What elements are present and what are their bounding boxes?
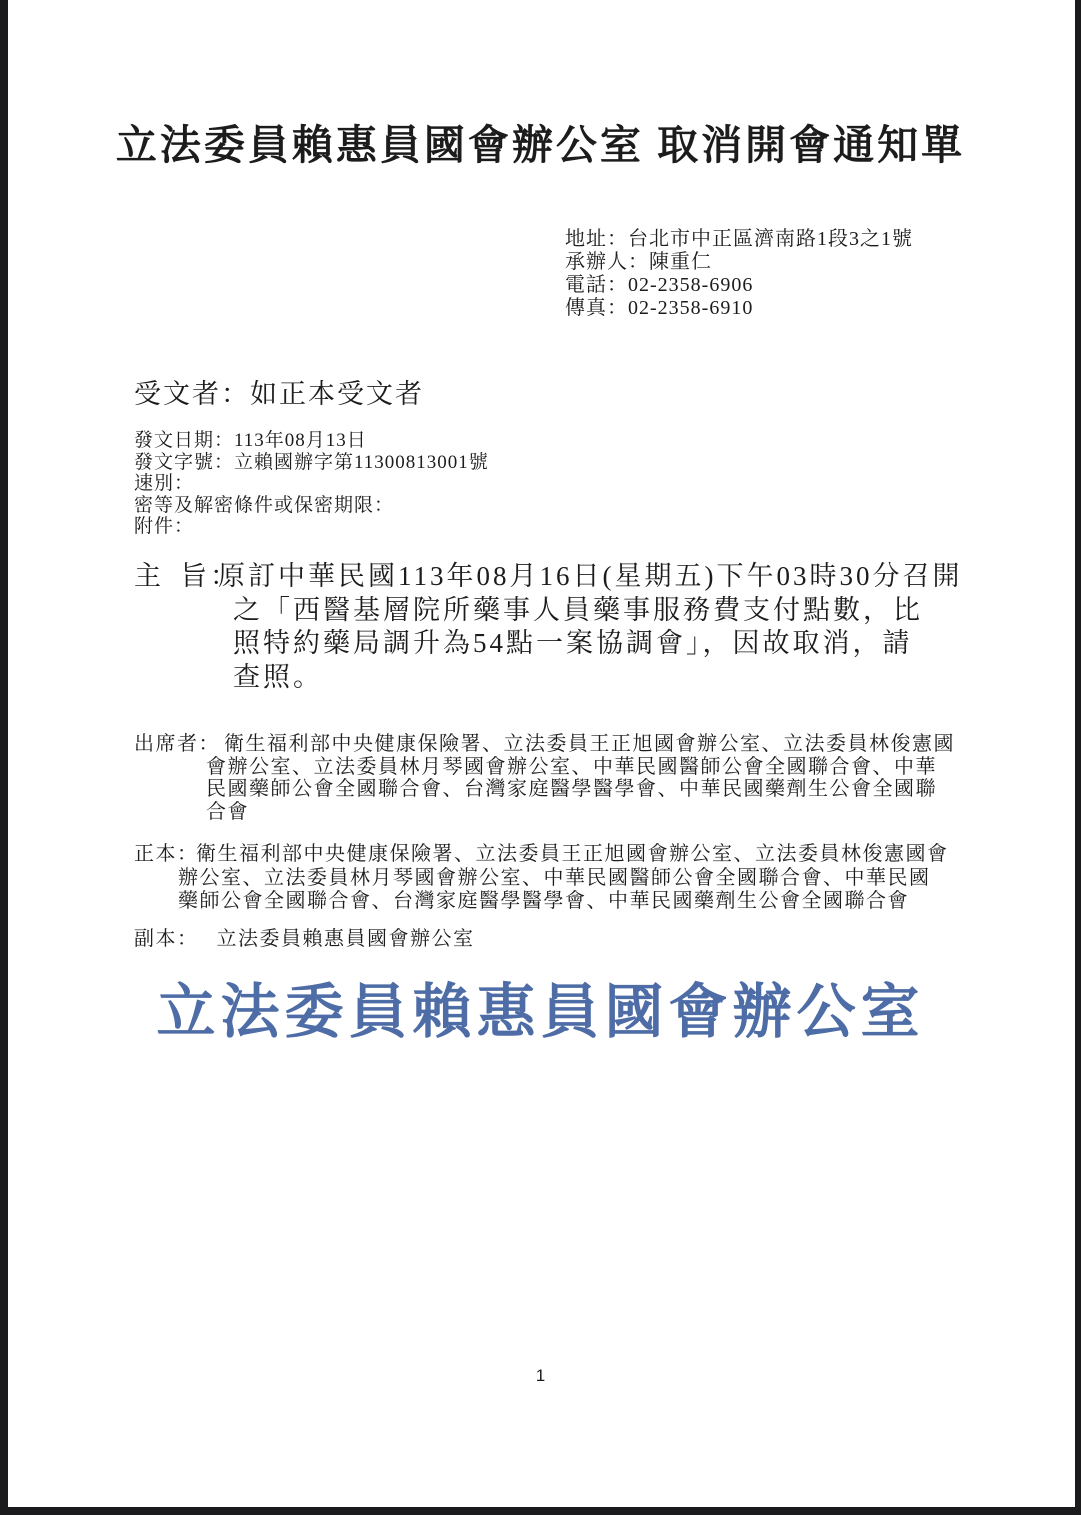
meta-block: 發文日期：113年08月13日 發文字號：立賴國辦字第11300813001號 … — [134, 430, 489, 538]
attendees-line: 民國藥師公會全國聯合會、台灣家庭醫學醫學會、中華民國藥劑生公會全國聯 — [206, 778, 994, 801]
duplicate-copy-block: 副本：立法委員賴惠員國會辦公室 — [134, 928, 994, 951]
attendees-line: 衛生福利部中央健康保險署、立法委員王正旭國會辦公室、立法委員林俊憲國 — [206, 733, 994, 756]
attendees-block: 出席者： 衛生福利部中央健康保險署、立法委員王正旭國會辦公室、立法委員林俊憲國 … — [134, 733, 994, 823]
subject-label-zhi: 旨： — [180, 560, 240, 594]
attendees-line: 會辦公室、立法委員林月琴國會辦公室、中華民國醫師公會全國聯合會、中華 — [206, 756, 994, 779]
attendees-line: 合會 — [206, 801, 994, 824]
original-copy-line: 辦公室、立法委員林月琴國會辦公室、中華民國醫師公會全國聯合會、中華民國 — [178, 867, 994, 891]
original-copy-content: 衛生福利部中央健康保險署、立法委員王正旭國會辦公室、立法委員林俊憲國會 辦公室、… — [178, 843, 994, 914]
document-viewer: { "document": { "title": "立法委員賴惠員國會辦公室 取… — [0, 0, 1081, 1515]
subject-line: 查照。 — [233, 661, 994, 695]
original-copy-block: 正本： 衛生福利部中央健康保險署、立法委員王正旭國會辦公室、立法委員林俊憲國會 … — [134, 843, 994, 914]
attendees-content: 衛生福利部中央健康保險署、立法委員王正旭國會辦公室、立法委員林俊憲國 會辦公室、… — [206, 733, 994, 823]
subject-block: 主 旨： 原訂中華民國113年08月16日(星期五)下午03時30分召開 之「西… — [134, 560, 994, 694]
meta-security: 密等及解密條件或保密期限： — [134, 495, 489, 517]
contact-fax: 傳真：02-2358-6910 — [565, 297, 913, 320]
scan-border-right — [1075, 0, 1081, 1515]
meta-priority: 速別： — [134, 473, 489, 495]
original-copy-label: 正本： — [134, 843, 199, 867]
contact-phone: 電話：02-2358-6906 — [565, 274, 913, 297]
original-copy-line: 藥師公會全國聯合會、台灣家庭醫學醫學會、中華民國藥劑生公會全國聯合會 — [178, 890, 994, 914]
scan-border-left — [0, 0, 8, 1515]
duplicate-copy-value: 立法委員賴惠員國會辦公室 — [217, 928, 475, 950]
subject-line: 之「西醫基層院所藥事人員藥事服務費支付點數，比 — [233, 594, 994, 628]
page-number: 1 — [0, 1366, 1081, 1386]
meta-attachment: 附件： — [134, 516, 489, 538]
subject-label-main: 主 — [134, 560, 164, 594]
office-stamp-text: 立法委員賴惠員國會辦公室 — [0, 964, 1081, 1049]
contact-address: 地址：台北市中正區濟南路1段3之1號 — [565, 228, 913, 251]
duplicate-copy-label: 副本： — [134, 928, 199, 950]
attendees-label: 出席者： — [134, 733, 220, 756]
scan-border-bottom — [0, 1507, 1081, 1515]
subject-line: 原訂中華民國113年08月16日(星期五)下午03時30分召開 — [218, 560, 994, 594]
contact-block: 地址：台北市中正區濟南路1段3之1號 承辦人：陳重仁 電話：02-2358-69… — [565, 228, 913, 320]
recipient-line: 受文者：如正本受文者 — [134, 372, 424, 411]
document-title: 立法委員賴惠員國會辦公室 取消開會通知單 — [0, 112, 1081, 171]
subject-line: 照特約藥局調升為54點一案協調會」，因故取消，請 — [233, 627, 994, 661]
meta-doc-number: 發文字號：立賴國辦字第11300813001號 — [134, 452, 489, 474]
subject-content: 原訂中華民國113年08月16日(星期五)下午03時30分召開 之「西醫基層院所… — [218, 560, 994, 694]
original-copy-line: 衛生福利部中央健康保險署、立法委員王正旭國會辦公室、立法委員林俊憲國會 — [178, 843, 994, 867]
meta-issue-date: 發文日期：113年08月13日 — [134, 430, 489, 452]
contact-officer: 承辦人：陳重仁 — [565, 251, 913, 274]
